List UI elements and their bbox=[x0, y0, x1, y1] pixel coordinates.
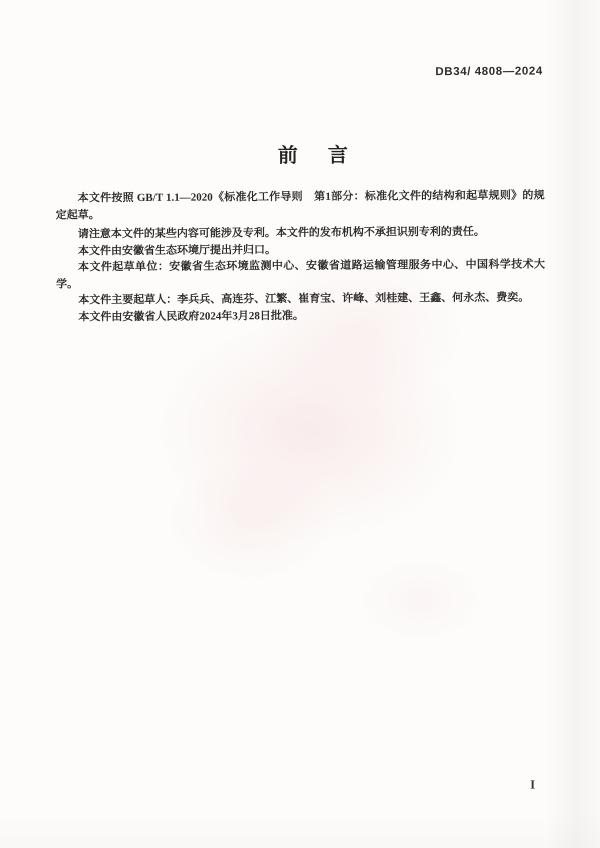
page-number: I bbox=[530, 778, 535, 793]
paragraph-drafting-organizations: 本文件起草单位：安徽省生态环境监测中心、安徽省道路运输管理服务中心、中国科学技术… bbox=[56, 257, 545, 293]
foreword-body: 本文件按照 GB/T 1.1—2020《标准化工作导则 第1部分：标准化文件的结… bbox=[56, 188, 546, 326]
foreword-title: 前 言 bbox=[15, 144, 600, 169]
document-page: DB34/ 4808—2024 前 言 本文件按照 GB/T 1.1—2020《… bbox=[0, 0, 600, 848]
paragraph-patent-notice: 请注意本文件的某些内容可能涉及专利。本文件的发布机构不承担识别专利的责任。 bbox=[56, 224, 545, 243]
scanned-page-content: DB34/ 4808—2024 前 言 本文件按照 GB/T 1.1—2020《… bbox=[0, 0, 600, 848]
paragraph-drafting-rules: 本文件按照 GB/T 1.1—2020《标准化工作导则 第1部分：标准化文件的结… bbox=[56, 188, 545, 224]
standard-doc-number: DB34/ 4808—2024 bbox=[435, 66, 543, 79]
paragraph-approval: 本文件由安徽省人民政府2024年3月28日批准。 bbox=[56, 306, 545, 325]
paragraph-main-drafters: 本文件主要起草人：李兵兵、高连芬、江繁、崔育宝、许峰、刘桂建、王鑫、何永杰、费奕… bbox=[56, 289, 545, 308]
